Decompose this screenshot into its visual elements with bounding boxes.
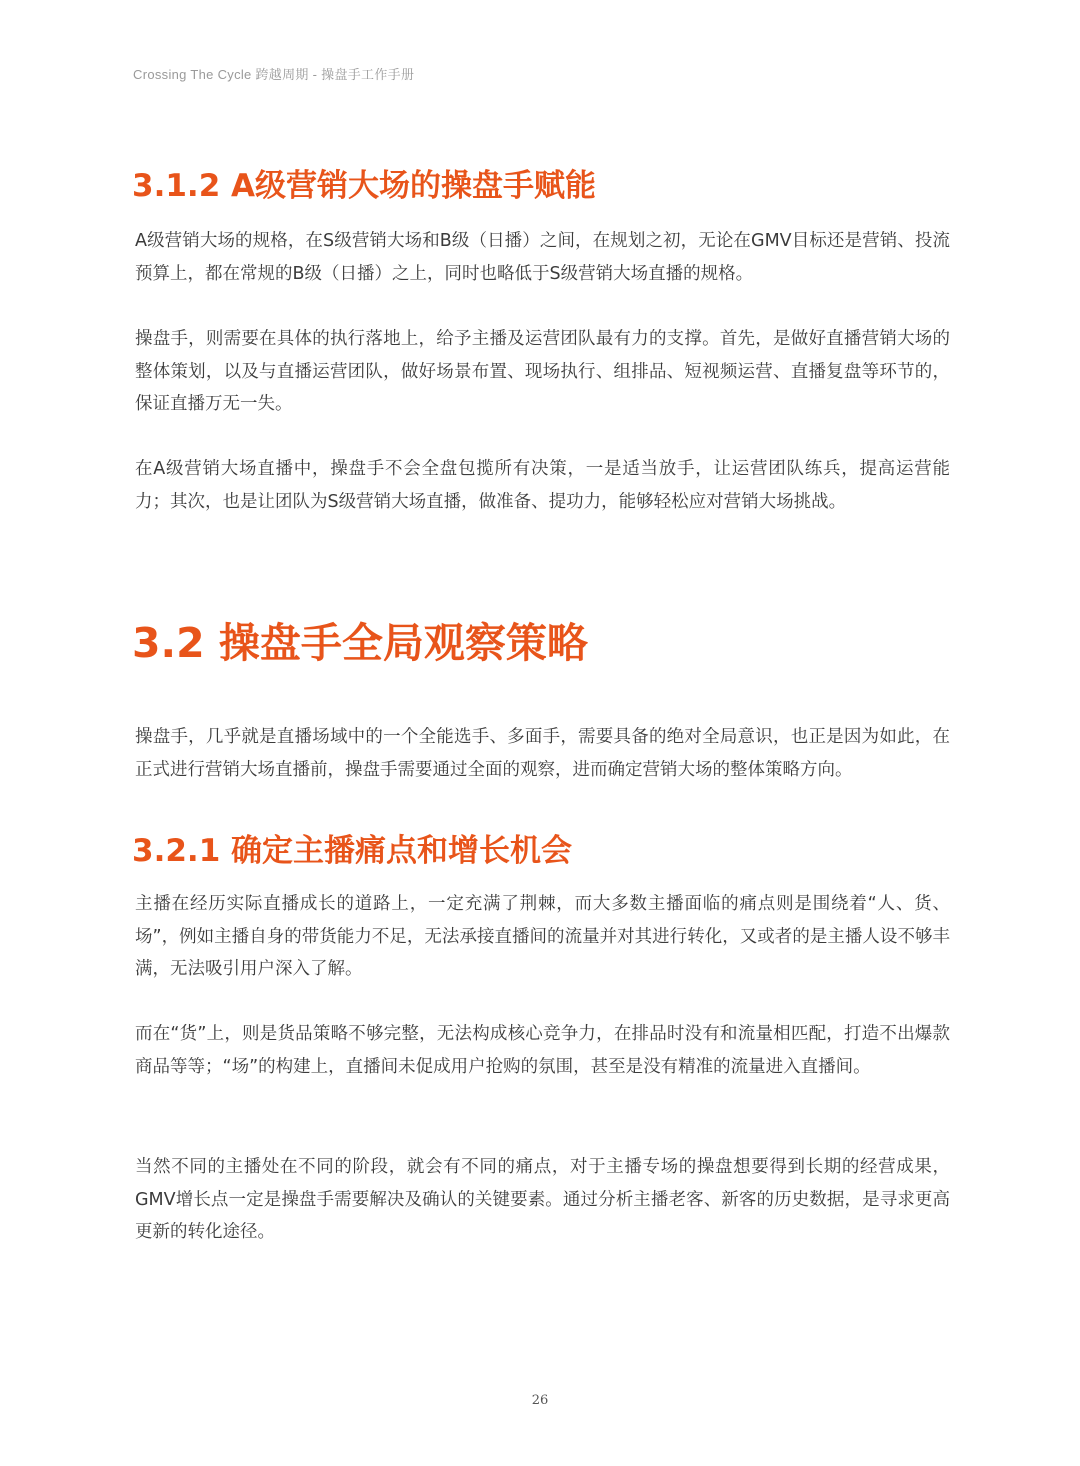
paragraph: 在A级营销大场直播中，操盘手不会全盘包揽所有决策，一是适当放手，让运营团队练兵，… <box>135 453 950 518</box>
section-heading-3-2-1: 3.2.1 确定主播痛点和增长机会 <box>132 825 572 870</box>
page-number: 26 <box>0 1393 1080 1408</box>
paragraph: 而在“货”上，则是货品策略不够完整，无法构成核心竞争力，在排品时没有和流量相匹配… <box>135 1018 950 1083</box>
paragraph: 操盘手，则需要在具体的执行落地上，给予主播及运营团队最有力的支撑。首先，是做好直… <box>135 323 950 421</box>
section-heading-3-1-2: 3.1.2 A级营销大场的操盘手赋能 <box>132 160 596 205</box>
paragraph: A级营销大场的规格，在S级营销大场和B级（日播）之间，在规划之初，无论在GMV目… <box>135 225 950 290</box>
paragraph: 当然不同的主播处在不同的阶段，就会有不同的痛点，对于主播专场的操盘想要得到长期的… <box>135 1151 950 1249</box>
section-heading-3-2: 3.2 操盘手全局观察策略 <box>132 610 588 669</box>
paragraph: 操盘手，几乎就是直播场域中的一个全能选手、多面手，需要具备的绝对全局意识，也正是… <box>135 721 950 786</box>
paragraph: 主播在经历实际直播成长的道路上，一定充满了荆棘，而大多数主播面临的痛点则是围绕着… <box>135 888 950 986</box>
running-header: Crossing The Cycle 跨越周期 - 操盘手工作手册 <box>133 64 414 83</box>
